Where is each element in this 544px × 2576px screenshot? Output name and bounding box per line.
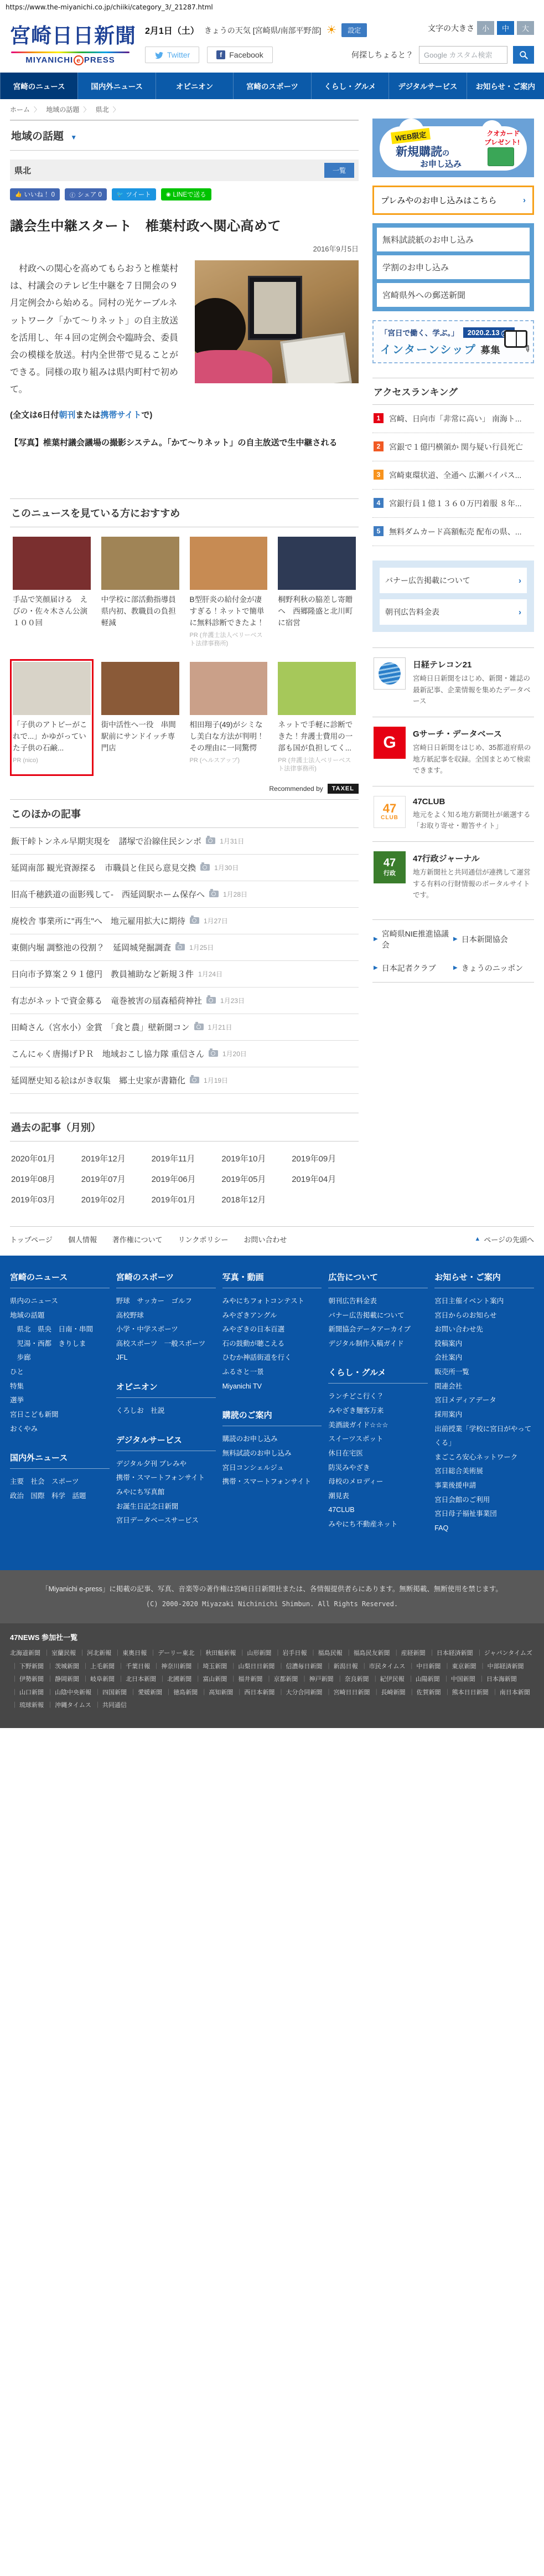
newspaper-link[interactable]: 秋田魁新報 bbox=[196, 1647, 236, 1660]
footer-link[interactable]: 宮日メディアデータ bbox=[434, 1394, 534, 1408]
line-icon: ◉ bbox=[166, 192, 171, 198]
footer-utility-link[interactable]: 著作権について bbox=[112, 1234, 163, 1245]
footer-link[interactable]: FAQ bbox=[434, 1521, 534, 1536]
ranking-item-title[interactable]: 宮銀で１億円横領か 関与疑い行員死亡 bbox=[389, 441, 523, 453]
footer-link[interactable]: 美酒談ガイド☆☆☆ bbox=[328, 1418, 428, 1433]
newspaper-link[interactable]: 東奥日報 bbox=[113, 1647, 147, 1660]
service-gsearch[interactable]: G Gサーチ・データベース 宮崎日日新聞をはじめ、35都道府県の地方紙記事を収録… bbox=[372, 717, 534, 786]
footer-link[interactable]: デジタル制作入稿ガイド bbox=[328, 1337, 428, 1351]
footer-column-heading[interactable]: 宮崎のニュース bbox=[10, 1271, 110, 1288]
footer-link[interactable]: 母校のメロディー bbox=[328, 1475, 428, 1489]
arrow-up-icon: ▲ bbox=[474, 1236, 480, 1242]
recommended-item-title[interactable]: 手品で笑顔届ける えびの・佐々木さん公演１００回 bbox=[13, 594, 91, 629]
mobile-site-link[interactable]: 携帯サイト bbox=[100, 410, 141, 420]
back-to-top-link[interactable]: ▲ ページの先頭へ bbox=[474, 1234, 534, 1245]
breadcrumb-separator: 〉 bbox=[113, 106, 120, 114]
newspaper-link[interactable]: 茨城新聞 bbox=[45, 1660, 79, 1674]
recommended-item-title[interactable]: 桐野利秋の脇差し寄贈へ 西郷隆盛と北川町に宿営 bbox=[278, 594, 356, 629]
newspaper-link[interactable]: 愛媛新聞 bbox=[128, 1687, 162, 1700]
font-size-medium-button[interactable]: 中 bbox=[497, 21, 514, 35]
footer-link[interactable]: 採用案内 bbox=[434, 1408, 534, 1422]
archive-month-link[interactable]: 2019年09月 bbox=[292, 1153, 358, 1164]
newspaper-link[interactable]: 奈良新聞 bbox=[335, 1673, 369, 1687]
newspaper-link[interactable]: 日本経済新聞 bbox=[427, 1647, 473, 1660]
camera-icon bbox=[209, 1050, 218, 1057]
newspaper-link[interactable]: 下野新聞 bbox=[10, 1660, 44, 1674]
newspaper-link[interactable]: ジャパンタイムズ bbox=[475, 1647, 532, 1660]
facebook-icon: f bbox=[216, 50, 225, 59]
arrow-right-icon: ▶ bbox=[374, 936, 378, 942]
newspaper-link[interactable]: 信濃毎日新聞 bbox=[276, 1660, 322, 1674]
category-title: 地域の話題 ▼ bbox=[10, 120, 359, 151]
footer-link[interactable]: 47CLUB bbox=[328, 1503, 428, 1518]
thumbnail[interactable] bbox=[101, 537, 179, 590]
archive-month-link[interactable]: 2019年11月 bbox=[152, 1153, 217, 1164]
footer-link[interactable]: 投稿案内 bbox=[434, 1337, 534, 1351]
footer-column-heading[interactable]: 写真・動画 bbox=[222, 1271, 322, 1288]
nav-item[interactable]: 宮崎のニュース bbox=[0, 73, 77, 99]
footer-link[interactable]: 携帯・スマートフォンサイト bbox=[116, 1471, 216, 1485]
footer-link[interactable]: 販売所一覧 bbox=[434, 1365, 534, 1380]
services-list: 日経テレコン21 宮崎日日新聞をはじめ、新聞・雑誌の最新記事、企業情報を集めたデ… bbox=[372, 647, 534, 911]
site-logo[interactable]: 宮崎日日新聞 MIYANICHIePRESS bbox=[10, 19, 131, 65]
ranking-item-title[interactable]: 無料ダムカード高額転売 配布の県、... bbox=[389, 526, 522, 537]
footer-link[interactable]: 野球 サッカー ゴルフ bbox=[116, 1294, 216, 1309]
nav-item[interactable]: 国内外ニュース bbox=[77, 73, 155, 99]
newspaper-link[interactable]: 新潟日報 bbox=[324, 1660, 358, 1674]
newspaper-link[interactable]: 富山新聞 bbox=[193, 1673, 227, 1687]
newspaper-link[interactable]: 神戸新聞 bbox=[300, 1673, 334, 1687]
news47-section: 47NEWS 参加社一覧 北海道新聞 室蘭民報 河北新報 東奥日報 デーリー東北… bbox=[0, 1623, 544, 1728]
font-size-small-button[interactable]: 小 bbox=[477, 21, 494, 35]
photo-monitor-shape bbox=[248, 276, 302, 340]
camera-icon bbox=[200, 864, 210, 871]
subscription-link[interactable]: 無料試読紙のお申し込み bbox=[377, 228, 530, 251]
internship-quote: 「宮日で働く、学ぶ。」 bbox=[380, 327, 459, 338]
pr-credit: PR (ヘルスアップ) bbox=[190, 757, 268, 765]
tweet-button[interactable]: 🐦ツイート bbox=[112, 188, 156, 200]
list-item[interactable]: 東側内堀 調整池の役割？ 延岡城発掘調査 1月25日 bbox=[10, 934, 359, 961]
footer-link[interactable]: 高校スポーツ 一般スポーツ bbox=[116, 1337, 216, 1351]
list-item[interactable]: 延岡歴史知る絵はがき収集 郷土史家が書籍化 1月19日 bbox=[10, 1067, 359, 1094]
footer-utility-link[interactable]: お問い合わせ bbox=[243, 1234, 287, 1245]
footer-link[interactable]: バナー広告掲載について bbox=[328, 1309, 428, 1323]
footer-column-heading[interactable]: 購読のご案内 bbox=[222, 1409, 322, 1426]
recommended-heading: このニュースを見ている方におすすめ bbox=[10, 498, 359, 527]
footer-link[interactable]: 宮日総合美術展 bbox=[434, 1464, 534, 1479]
facebook-like-button[interactable]: 👍いいね！ 0 bbox=[10, 188, 60, 200]
archive-month-link[interactable]: 2018年12月 bbox=[221, 1194, 287, 1205]
newspaper-link[interactable]: 中国新聞 bbox=[442, 1673, 475, 1687]
twitter-button[interactable]: Twitter bbox=[145, 47, 199, 63]
camera-icon bbox=[209, 891, 219, 897]
footer-link[interactable]: 県北 県央 日南・串間 bbox=[10, 1323, 110, 1337]
newspaper-link[interactable]: 徳島新聞 bbox=[164, 1687, 198, 1700]
footer-column-heading[interactable]: 国内外ニュース bbox=[10, 1452, 110, 1469]
ranking-item[interactable]: 5 無料ダムカード高額転売 配布の県、... bbox=[372, 518, 534, 546]
newspaper-link[interactable]: 北海道新聞 bbox=[10, 1647, 40, 1660]
footer-link[interactable]: 主要 社会 スポーツ bbox=[10, 1475, 110, 1489]
ad-info-link[interactable]: 朝刊広告料金表 › bbox=[380, 599, 527, 625]
footer-link[interactable]: 会社案内 bbox=[434, 1351, 534, 1365]
footer-link[interactable]: 新聞協会データアーカイブ bbox=[328, 1323, 428, 1337]
chevron-right-icon: › bbox=[519, 608, 521, 617]
thumbnail[interactable] bbox=[278, 537, 356, 590]
today-date: 2月1日（土） bbox=[145, 24, 199, 37]
article-photo bbox=[195, 260, 359, 383]
pr-credit: PR (弁護士法人ベリーベスト法律事務所) bbox=[278, 757, 356, 773]
footer-link[interactable]: 高校野球 bbox=[116, 1309, 216, 1323]
list-item[interactable]: こんにゃく唐揚げＰＲ 地域おこし協力隊 重信さん 1月20日 bbox=[10, 1041, 359, 1067]
gsearch-logo: G bbox=[374, 727, 406, 759]
footer-link[interactable]: ふるさと一景 bbox=[222, 1365, 322, 1380]
internship-banner[interactable]: 「宮日で働く、学ぶ。」 2020.2.13木 インターンシップ 募集 ✎ bbox=[372, 320, 534, 363]
newspaper-link[interactable]: 山陽新聞 bbox=[406, 1673, 440, 1687]
footer-link[interactable]: 特集 bbox=[10, 1380, 110, 1394]
newspaper-link[interactable]: 山陰中央新報 bbox=[45, 1687, 91, 1700]
newspaper-link[interactable]: 日本海新聞 bbox=[477, 1673, 517, 1687]
newspaper-link[interactable]: 市民タイムス bbox=[360, 1660, 406, 1674]
list-item[interactable]: 日向市予算案２９１億円 教員補助など新規３件 1月24日 bbox=[10, 961, 359, 988]
footer-link[interactable]: みやざきアングル bbox=[222, 1309, 322, 1323]
list-item[interactable]: 飯干峠トンネル早期実現を 諸塚で沿線住民シンポ 1月31日 bbox=[10, 828, 359, 855]
subscription-ad-banner[interactable]: WEB限定 新規購読の お申し込み クオカードプレゼント! bbox=[372, 119, 534, 177]
ranking-item[interactable]: 2 宮銀で１億円横領か 関与疑い行員死亡 bbox=[372, 433, 534, 461]
ad-info-link[interactable]: バナー広告掲載について › bbox=[380, 568, 527, 593]
newspaper-link[interactable]: 宮崎日日新聞 bbox=[324, 1687, 370, 1700]
search-input[interactable] bbox=[419, 46, 507, 64]
thumbnail[interactable] bbox=[13, 662, 91, 715]
footer-link[interactable]: 宮日母子福祉事業団 bbox=[434, 1507, 534, 1521]
facebook-button[interactable]: f Facebook bbox=[207, 47, 272, 63]
nav-item[interactable]: デジタルサービス bbox=[388, 73, 466, 99]
recommended-item-title[interactable]: 「子供のアトピーがこれで...」かゆがっていた子供の石鹸... bbox=[13, 719, 91, 754]
thumbnail[interactable] bbox=[13, 537, 91, 590]
newspaper-link[interactable]: 共同通信 bbox=[93, 1699, 127, 1713]
search-icon bbox=[519, 50, 529, 60]
weather-label[interactable]: きょうの天気 [宮崎県/南部平野部] bbox=[204, 25, 322, 36]
list-item-title[interactable]: 延岡歴史知る絵はがき収集 郷土史家が書籍化 bbox=[11, 1074, 185, 1086]
list-item-title[interactable]: 旧高千穂鉄道の面影残して- 西延岡駅ホーム保存へ bbox=[11, 888, 205, 900]
footer-link[interactable]: 県内のニュース bbox=[10, 1294, 110, 1309]
service-nikkei-telecom[interactable]: 日経テレコン21 宮崎日日新聞をはじめ、新聞・雑誌の最新記事、企業情報を集めたデ… bbox=[372, 647, 534, 717]
ranking-item-title[interactable]: 宮崎、日向市「非常に高い」 南海ト... bbox=[389, 413, 522, 424]
footer-column-heading[interactable]: 広告について bbox=[328, 1271, 428, 1288]
newspaper-link[interactable]: 山梨日日新聞 bbox=[229, 1660, 274, 1674]
newspaper-link[interactable]: 北日本新聞 bbox=[116, 1673, 156, 1687]
nav-item[interactable]: 宮崎のスポーツ bbox=[233, 73, 310, 99]
list-all-button[interactable]: 一覧 bbox=[324, 163, 354, 178]
newspaper-link[interactable]: 伊勢新聞 bbox=[10, 1673, 44, 1687]
archive-month-link[interactable]: 2019年07月 bbox=[81, 1173, 147, 1185]
archive-month-link[interactable]: 2019年12月 bbox=[81, 1153, 147, 1164]
footer-link[interactable]: デジタル夕刊 プレみや bbox=[116, 1457, 216, 1472]
site-footer: 宮崎のニュース 県内のニュース地域の話題 県北 県央 日南・串間 児湯・西都 き… bbox=[0, 1256, 544, 1570]
ranking-item-title[interactable]: 宮銀行員１億１３６０万円着服 ８年... bbox=[389, 498, 522, 509]
list-item-title[interactable]: 日向市予算案２９１億円 教員補助など新規３件 bbox=[11, 968, 194, 980]
partner-links: ▶ 宮崎県NIE推進協議会 ▶ 日本新聞協会 ▶ 日本記者クラブ ▶ きょうのニ… bbox=[372, 919, 534, 983]
newspaper-link[interactable]: 佐賀新聞 bbox=[407, 1687, 441, 1700]
nav-item[interactable]: お知らせ・ご案内 bbox=[467, 73, 544, 99]
footer-link[interactable]: 防災みやざき bbox=[328, 1461, 428, 1475]
footer-link[interactable]: 無料試読のお申し込み bbox=[222, 1447, 322, 1461]
footer-link[interactable]: 児湯・西都 きりしま bbox=[10, 1337, 110, 1351]
footer-link[interactable]: Miyanichi TV bbox=[222, 1380, 322, 1394]
recommended-item[interactable]: 桐野利秋の脇差し寄贈へ 西郷隆盛と北川町に宿営 bbox=[275, 534, 359, 650]
site-logo-subtitle: MIYANICHIePRESS bbox=[10, 55, 131, 65]
footer-link[interactable]: お誕生日記念日新聞 bbox=[116, 1500, 216, 1514]
photo-console-shape bbox=[280, 332, 352, 383]
footer-link[interactable]: 宮日コンシェルジュ bbox=[222, 1461, 322, 1475]
list-item-title[interactable]: 廃校舎 事業所に"再生"へ 地元雇用拡大に期待 bbox=[11, 915, 185, 927]
rank-badge: 5 bbox=[374, 526, 384, 536]
newspaper-link[interactable]: 琉球新報 bbox=[10, 1699, 44, 1713]
arrow-right-icon: ▶ bbox=[374, 965, 378, 971]
archive-month-link[interactable]: 2019年03月 bbox=[11, 1194, 77, 1205]
list-item-date: 1月20日 bbox=[222, 1049, 247, 1058]
archive-month-link[interactable]: 2019年01月 bbox=[152, 1194, 217, 1205]
footer-link[interactable]: 購読のお申し込み bbox=[222, 1432, 322, 1447]
footer-link[interactable]: 関連会社 bbox=[434, 1380, 534, 1394]
footer-link[interactable]: スイーツスポット bbox=[328, 1432, 428, 1447]
footer-link[interactable]: 石の鼓動が聴こえる bbox=[222, 1337, 322, 1351]
line-share-button[interactable]: ◉LINEで送る bbox=[161, 188, 211, 200]
footer-link[interactable]: 宮日こども新聞 bbox=[10, 1408, 110, 1422]
newspaper-link[interactable]: 大分合同新聞 bbox=[276, 1687, 322, 1700]
list-item-date: 1月23日 bbox=[220, 996, 245, 1005]
footer-utility-link[interactable]: リンクポリシー bbox=[178, 1234, 229, 1245]
recommended-item-title[interactable]: 相田翔子(49)がシミなし美白な方法が判明！その理由に一同驚愕 bbox=[190, 719, 268, 754]
breadcrumb-link[interactable]: ホーム bbox=[10, 106, 30, 114]
list-item-title[interactable]: 有志がネットで資金募る 竜巻被害の扇森稲荷神社 bbox=[11, 995, 202, 1006]
recommended-item[interactable]: 手品で笑顔届ける えびの・佐々木さん公演１００回 bbox=[10, 534, 94, 650]
service-47gyosei[interactable]: 47行政 47行政ジャーナル 地方新聞社と共同通信が連携して運営する有料の行財情… bbox=[372, 841, 534, 911]
font-size-large-button[interactable]: 大 bbox=[517, 21, 534, 35]
ad-info-box: バナー広告掲載について › 朝刊広告料金表 › bbox=[372, 561, 534, 632]
partner-link[interactable]: ▶ 日本記者クラブ bbox=[374, 957, 453, 980]
newspaper-link[interactable]: 埼玉新聞 bbox=[193, 1660, 227, 1674]
access-ranking-heading: アクセスランキング bbox=[372, 378, 534, 405]
newspaper-link[interactable]: 南日本新聞 bbox=[490, 1687, 530, 1700]
list-item[interactable]: 旧高千穂鉄道の面影残して- 西延岡駅ホーム保存へ 1月28日 bbox=[10, 881, 359, 908]
list-item-title[interactable]: 田崎さん（宮水小）金賞 「食と農」壁新聞コン bbox=[11, 1021, 190, 1033]
article-date: 2016年9月5日 bbox=[10, 243, 359, 254]
footer-link[interactable]: みやざきの日本百選 bbox=[222, 1323, 322, 1337]
footer-link[interactable]: お問い合わせ先 bbox=[434, 1323, 534, 1337]
archive-month-link[interactable]: 2019年06月 bbox=[152, 1173, 217, 1185]
taxel-logo[interactable]: TAXEL bbox=[328, 784, 359, 794]
thumbnail[interactable] bbox=[190, 537, 268, 590]
footer-link[interactable]: 宮日データベースサービス bbox=[116, 1514, 216, 1528]
nav-item[interactable]: オピニオン bbox=[156, 73, 233, 99]
newspaper-link[interactable]: 京都新聞 bbox=[264, 1673, 298, 1687]
footer-link[interactable]: みやにち写真館 bbox=[116, 1485, 216, 1500]
list-item[interactable]: 有志がネットで資金募る 竜巻被害の扇森稲荷神社 1月23日 bbox=[10, 988, 359, 1014]
list-item[interactable]: 田崎さん（宮水小）金賞 「食と農」壁新聞コン 1月21日 bbox=[10, 1014, 359, 1041]
camera-icon bbox=[190, 1077, 199, 1083]
footer-link[interactable]: 宮日会館のご利用 bbox=[434, 1493, 534, 1508]
footer-link[interactable]: 宮日主催イベント案内 bbox=[434, 1294, 534, 1309]
newspaper-link[interactable]: 東京新聞 bbox=[442, 1660, 476, 1674]
page-bottom-bar: トップページ 個人情報 著作権について リンクポリシー お問い合わせ ▲ ページ… bbox=[10, 1226, 534, 1246]
subscription-link[interactable]: 学割のお申し込み bbox=[377, 255, 530, 279]
newspaper-link[interactable]: 北國新聞 bbox=[158, 1673, 191, 1687]
subscription-link[interactable]: 宮崎県外への郵送新聞 bbox=[377, 283, 530, 307]
newspaper-link[interactable]: 福井新聞 bbox=[229, 1673, 262, 1687]
pr-credit: PR (弁護士法人ベリーベスト法律事務所) bbox=[190, 631, 268, 648]
footer-link[interactable]: みやにちフォトコンテスト bbox=[222, 1294, 322, 1309]
newspaper-link[interactable]: 熊本日日新聞 bbox=[443, 1687, 489, 1700]
ranking-item[interactable]: 1 宮崎、日向市「非常に高い」 南海ト... bbox=[372, 405, 534, 433]
list-item[interactable]: 延岡南部 観光資源探る 市職員と住民ら意見交換 1月30日 bbox=[10, 855, 359, 881]
newspaper-link[interactable]: 福島民友新聞 bbox=[344, 1647, 390, 1660]
footer-link[interactable]: 政治 国際 科学 話題 bbox=[10, 1489, 110, 1504]
newspaper-link[interactable]: 中日新聞 bbox=[407, 1660, 441, 1674]
site-logo-text[interactable]: 宮崎日日新聞 bbox=[10, 19, 131, 49]
newspaper-link[interactable]: 中部経済新聞 bbox=[478, 1660, 524, 1674]
footer-link[interactable]: みやざき麺客万来 bbox=[328, 1404, 428, 1418]
footer-column-heading[interactable]: デジタルサービス bbox=[116, 1434, 216, 1451]
archive-month-link[interactable]: 2019年04月 bbox=[292, 1173, 358, 1185]
footer-link[interactable]: 携帯・スマートフォンサイト bbox=[222, 1475, 322, 1489]
newspaper-link[interactable]: 産経新聞 bbox=[392, 1647, 426, 1660]
partner-link[interactable]: ▶ 日本新聞協会 bbox=[453, 922, 533, 957]
newspaper-link[interactable]: 神奈川新聞 bbox=[152, 1660, 191, 1674]
recommended-item-title[interactable]: 街中活性へ一役 串間駅前にサンドイッチ専門店 bbox=[101, 719, 179, 754]
archive-month-link[interactable]: 2019年08月 bbox=[11, 1173, 77, 1185]
recommended-item-title[interactable]: ネットで手軽に診断できた！弁護士費用の一部も国が負担してく... bbox=[278, 719, 356, 754]
recommended-item[interactable]: B型肝炎の給付金が凄すぎる！ネットで簡単に無料診断できたよ！ PR (弁護士法人… bbox=[187, 534, 271, 650]
archive-heading: 過去の記事（月別） bbox=[10, 1113, 359, 1142]
partner-link[interactable]: ▶ きょうのニッポン bbox=[453, 957, 533, 980]
newspaper-link[interactable]: 河北新報 bbox=[77, 1647, 111, 1660]
newspaper-link[interactable]: 山形新聞 bbox=[237, 1647, 271, 1660]
chevron-down-icon[interactable]: ▼ bbox=[70, 133, 77, 141]
breadcrumb-link[interactable]: 地域の話題 bbox=[46, 106, 79, 114]
thumbnail[interactable] bbox=[190, 662, 268, 715]
recommended-item[interactable]: 街中活性へ一役 串間駅前にサンドイッチ専門店 bbox=[99, 659, 182, 775]
camera-icon bbox=[206, 997, 216, 1004]
footer-utility-link[interactable]: トップページ bbox=[10, 1234, 53, 1245]
chevron-right-icon: › bbox=[519, 576, 521, 585]
partner-link[interactable]: ▶ 宮崎県NIE推進協議会 bbox=[374, 922, 453, 957]
footer-link[interactable]: 朝刊広告料金表 bbox=[328, 1294, 428, 1309]
ranking-item-title[interactable]: 宮崎東環状道、全通へ 広瀬バイパス... bbox=[389, 470, 521, 481]
ranking-item[interactable]: 3 宮崎東環状道、全通へ 広瀬バイパス... bbox=[372, 461, 534, 490]
camera-icon bbox=[194, 1024, 204, 1030]
newspaper-link[interactable]: 福島民報 bbox=[309, 1647, 343, 1660]
thumbnail[interactable] bbox=[278, 662, 356, 715]
recommended-item[interactable]: 中学校に部活動指導員 県内初、教職員の負担軽減 bbox=[99, 534, 182, 650]
footer-link[interactable]: ひと bbox=[10, 1365, 110, 1380]
list-item-title[interactable]: こんにゃく唐揚げＰＲ 地域おこし協力隊 重信さん bbox=[11, 1048, 204, 1060]
footer-link[interactable]: 出前授業「学校に宮日がやってくる」 bbox=[434, 1422, 534, 1451]
newspaper-link[interactable]: 四国新聞 bbox=[93, 1687, 127, 1700]
morning-paper-link[interactable]: 朝刊 bbox=[59, 410, 75, 420]
browser-url: https://www.the-miyanichi.co.jp/chiiki/c… bbox=[0, 0, 544, 12]
copyright-notice: 「Miyanichi e-press」に掲載の記事、写真、音楽等の著作権は宮崎日… bbox=[6, 1581, 538, 1597]
footer-column-heading[interactable]: くらし・グルメ bbox=[328, 1366, 428, 1384]
ranking-item[interactable]: 4 宮銀行員１億１３６０万円着服 ８年... bbox=[372, 490, 534, 518]
recommended-item[interactable]: 相田翔子(49)がシミなし美白な方法が判明！その理由に一同驚愕 PR (ヘルスア… bbox=[187, 659, 271, 775]
newspaper-link[interactable]: 紀伊民報 bbox=[371, 1673, 405, 1687]
photo-caption: 【写真】椎葉村議会議場の撮影システム。「かて～りネット」の自主放送で生中継される bbox=[10, 436, 359, 450]
nav-item[interactable]: くらし・グルメ bbox=[311, 73, 388, 99]
list-item-title[interactable]: 飯干峠トンネル早期実現を 諸塚で沿線住民シンポ bbox=[11, 835, 201, 847]
breadcrumb: ホーム〉 地域の話題〉 県北〉 bbox=[10, 99, 534, 119]
recommended-item[interactable]: 「子供のアトピーがこれで...」かゆがっていた子供の石鹸... PR (nico… bbox=[10, 659, 94, 775]
footer-link[interactable]: くろしお 社説 bbox=[116, 1404, 216, 1418]
footer-link[interactable]: 選挙 bbox=[10, 1394, 110, 1408]
newspaper-link[interactable]: 静岡新聞 bbox=[45, 1673, 79, 1687]
sun-icon: ☀ bbox=[326, 24, 336, 36]
footer-link[interactable]: 小学・中学スポーツ bbox=[116, 1323, 216, 1337]
newspaper-link[interactable]: 山口新聞 bbox=[10, 1687, 44, 1700]
footer-link[interactable]: みやにち不動産ネット bbox=[328, 1518, 428, 1532]
footer-column-heading[interactable]: お知らせ・ご案内 bbox=[434, 1271, 534, 1288]
footer-link[interactable]: JFL bbox=[116, 1351, 216, 1365]
facebook-share-button[interactable]: ⓕシェア 0 bbox=[65, 188, 107, 200]
archive-month-link[interactable]: 2019年05月 bbox=[221, 1173, 287, 1185]
thumbs-up-icon: 👍 bbox=[15, 192, 22, 198]
newspaper-link[interactable]: 高知新聞 bbox=[199, 1687, 233, 1700]
newspaper-link[interactable]: デーリー東北 bbox=[148, 1647, 194, 1660]
list-item-title[interactable]: 延岡南部 観光資源探る 市職員と住民ら意見交換 bbox=[11, 862, 196, 873]
search-prompt: 何探しちょると？ bbox=[351, 49, 413, 60]
breadcrumb-separator: 〉 bbox=[34, 106, 40, 114]
service-47club[interactable]: 47CLUB 47CLUB 地元をよく知る地方新聞社が厳選する「お取り寄せ・贈答… bbox=[372, 786, 534, 841]
breadcrumb-link[interactable]: 県北 bbox=[96, 106, 109, 114]
newspaper-link[interactable]: 沖縄タイムス bbox=[45, 1699, 91, 1713]
archive-month-link[interactable]: 2020年01月 bbox=[11, 1153, 77, 1164]
footer-link[interactable]: 休日在宅医 bbox=[328, 1447, 428, 1461]
newspaper-link[interactable]: 長崎新聞 bbox=[372, 1687, 406, 1700]
search-button[interactable] bbox=[513, 46, 534, 64]
newspaper-link[interactable]: 上毛新聞 bbox=[81, 1660, 115, 1674]
footer-link[interactable]: 地域の話題 bbox=[10, 1309, 110, 1323]
footer-link[interactable]: まごころ安心ネットワーク bbox=[434, 1451, 534, 1465]
newspaper-link[interactable]: 岩手日報 bbox=[273, 1647, 307, 1660]
recommended-item-title[interactable]: B型肝炎の給付金が凄すぎる！ネットで簡単に無料診断できたよ！ bbox=[190, 594, 268, 629]
newspaper-link[interactable]: 室蘭民報 bbox=[42, 1647, 76, 1660]
footer-link[interactable]: 歩廊 bbox=[10, 1351, 110, 1365]
footer-link[interactable]: 事業後援申請 bbox=[434, 1479, 534, 1493]
newspaper-link[interactable]: 西日本新聞 bbox=[235, 1687, 274, 1700]
footer-link[interactable]: ひむか神話街道を行く bbox=[222, 1351, 322, 1365]
newspaper-link[interactable]: 岐阜新聞 bbox=[81, 1673, 115, 1687]
rank-badge: 4 bbox=[374, 498, 384, 508]
footer-link[interactable]: おくやみ bbox=[10, 1422, 110, 1437]
archive-month-link[interactable]: 2019年10月 bbox=[221, 1153, 287, 1164]
sidebar: WEB限定 新規購読の お申し込み クオカードプレゼント! プレみやのお申し込み… bbox=[372, 119, 534, 983]
archive-section: 過去の記事（月別） 2020年01月 2019年12月 2019年11月 201… bbox=[10, 1113, 359, 1210]
footer-column-heading[interactable]: オピニオン bbox=[116, 1381, 216, 1398]
footer-utility-link[interactable]: 個人情報 bbox=[68, 1234, 97, 1245]
recommended-item[interactable]: ネットで手軽に診断できた！弁護士費用の一部も国が負担してく... PR (弁護士… bbox=[275, 659, 359, 775]
premiya-apply-button[interactable]: プレみやのお申し込みはこちら › bbox=[372, 186, 534, 215]
thumbnail[interactable] bbox=[101, 662, 179, 715]
recommended-item-title[interactable]: 中学校に部活動指導員 県内初、教職員の負担軽減 bbox=[101, 594, 179, 629]
list-item-title[interactable]: 東側内堀 調整池の役割？ 延岡城発掘調査 bbox=[11, 942, 171, 953]
footer-link[interactable]: 潮見表 bbox=[328, 1489, 428, 1504]
list-item[interactable]: 廃校舎 事業所に"再生"へ 地元雇用拡大に期待 1月27日 bbox=[10, 908, 359, 934]
archive-month-link[interactable]: 2019年02月 bbox=[81, 1194, 147, 1205]
footer-column-heading[interactable]: 宮崎のスポーツ bbox=[116, 1271, 216, 1288]
footer-link[interactable]: ランチどこ行く？ bbox=[328, 1390, 428, 1404]
newspaper-link[interactable]: 千葉日報 bbox=[116, 1660, 150, 1674]
footer-link[interactable]: 宮日からのお知らせ bbox=[434, 1309, 534, 1323]
47gyosei-journal-logo: 47行政 bbox=[374, 851, 406, 883]
